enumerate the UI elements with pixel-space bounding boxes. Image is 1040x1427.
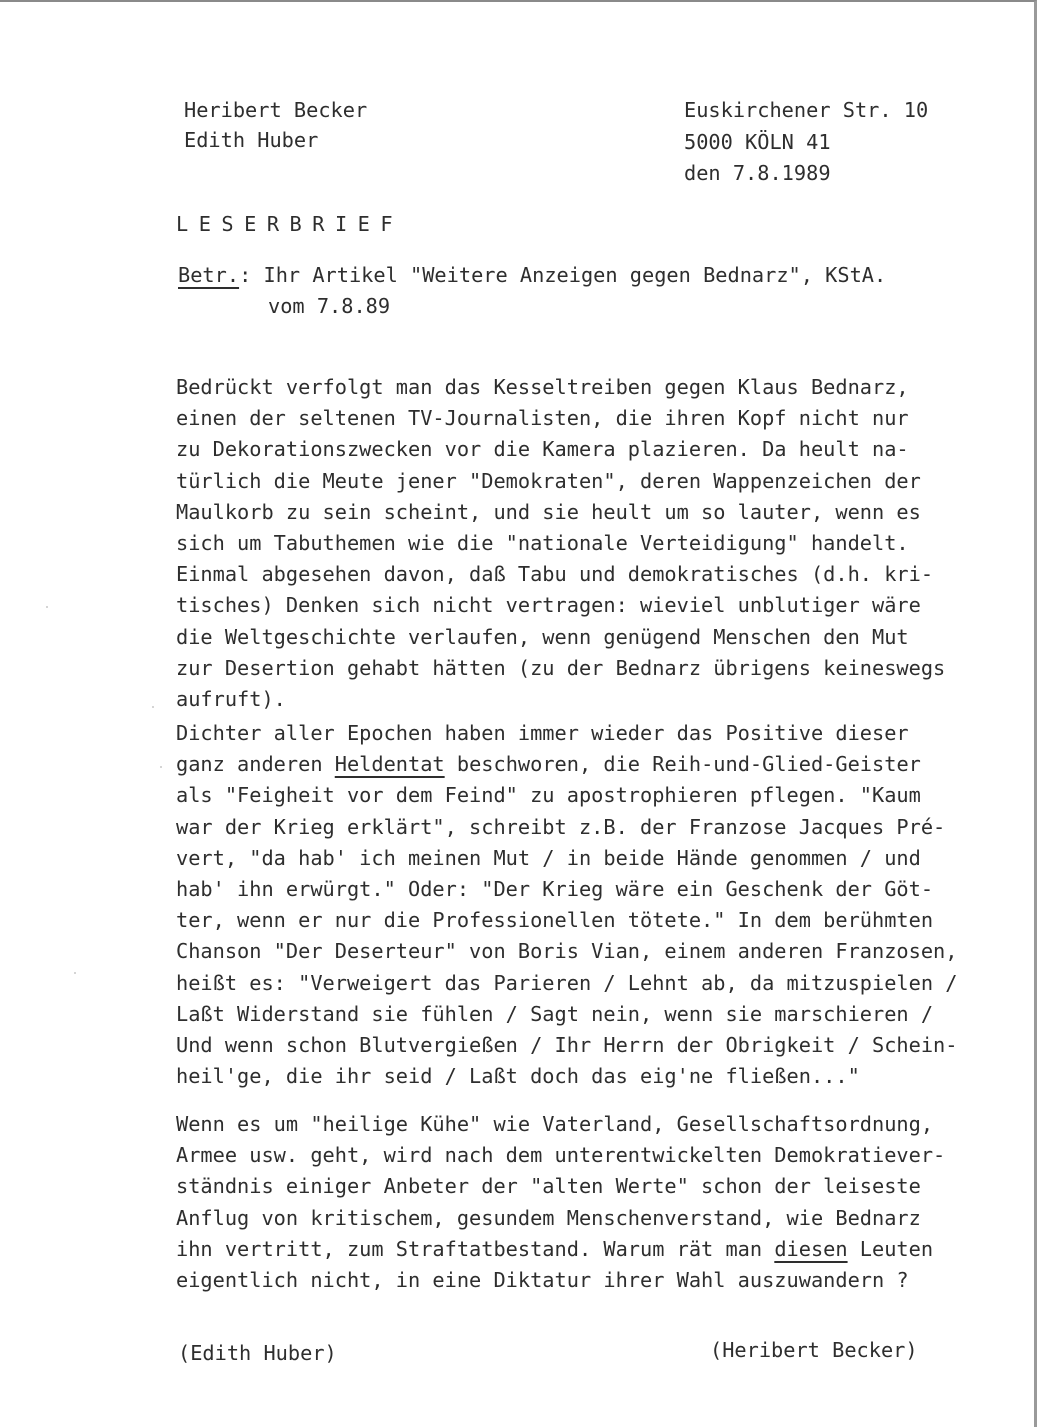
body-line: zu Dekorationszwecken vor die Kamera pla… xyxy=(176,439,909,459)
scan-speck xyxy=(74,972,76,974)
body-line: die Weltgeschichte verlaufen, wenn genüg… xyxy=(176,627,909,647)
letter-date: den 7.8.1989 xyxy=(684,163,831,183)
body-line: tisches) Denken sich nicht vertragen: wi… xyxy=(176,595,921,615)
text-segment: beschworen, die Reih-und-Glied-Geister xyxy=(445,752,921,776)
body-line: Und wenn schon Blutvergießen / Ihr Herrn… xyxy=(176,1035,957,1055)
body-line: ständnis einiger Anbeter der "alten Wert… xyxy=(176,1176,921,1196)
body-line: türlich die Meute jener "Demokraten", de… xyxy=(176,471,921,491)
subject-label: Betr. xyxy=(178,263,239,287)
body-line: sich um Tabuthemen wie die "nationale Ve… xyxy=(176,533,909,553)
body-line: Chanson "Der Deserteur" von Boris Vian, … xyxy=(176,941,957,961)
subject-text: Ihr Artikel "Weitere Anzeigen gegen Bedn… xyxy=(251,263,886,287)
body-line: aufruft). xyxy=(176,689,286,709)
sender-name-1: Heribert Becker xyxy=(184,100,367,120)
body-line: ihn vertritt, zum Straftatbestand. Warum… xyxy=(176,1239,933,1259)
body-line: heißt es: "Verweigert das Parieren / Leh… xyxy=(176,973,957,993)
subject-separator: : xyxy=(239,263,251,287)
body-line: Anflug von kritischem, gesundem Menschen… xyxy=(176,1208,921,1228)
scanned-letter-page: Heribert Becker Edith Huber Euskirchener… xyxy=(0,0,1037,1427)
text-segment: Leuten xyxy=(848,1237,933,1261)
body-line: heil'ge, die ihr seid / Laßt doch das ei… xyxy=(176,1066,860,1086)
body-line: einen der seltenen TV-Journalisten, die … xyxy=(176,408,909,428)
underlined-word: diesen xyxy=(774,1237,847,1261)
signature-left: (Edith Huber) xyxy=(178,1343,337,1363)
subject-line-1: Betr.: Ihr Artikel "Weitere Anzeigen geg… xyxy=(178,265,886,285)
address-street: Euskirchener Str. 10 xyxy=(684,100,928,120)
address-city: 5000 KÖLN 41 xyxy=(684,132,831,152)
text-segment: ganz anderen xyxy=(176,752,335,776)
body-line: Dichter aller Epochen haben immer wieder… xyxy=(176,723,909,743)
letter-heading: LESERBRIEF xyxy=(176,214,403,234)
body-line: vert, "da hab' ich meinen Mut / in beide… xyxy=(176,848,921,868)
body-line: ganz anderen Heldentat beschworen, die R… xyxy=(176,754,921,774)
body-line: Wenn es um "heilige Kühe" wie Vaterland,… xyxy=(176,1114,933,1134)
subject-line-2: vom 7.8.89 xyxy=(268,296,390,316)
body-line: Maulkorb zu sein scheint, und sie heult … xyxy=(176,502,921,522)
body-line: Einmal abgesehen davon, daß Tabu und dem… xyxy=(176,564,933,584)
body-line: ter, wenn er nur die Professionellen töt… xyxy=(176,910,933,930)
body-line: zur Desertion gehabt hätten (zu der Bedn… xyxy=(176,658,945,678)
body-line: Armee usw. geht, wird nach dem unterentw… xyxy=(176,1145,945,1165)
text-segment: ihn vertritt, zum Straftatbestand. Warum… xyxy=(176,1237,774,1261)
body-line: Bedrückt verfolgt man das Kesseltreiben … xyxy=(176,377,909,397)
scan-speck xyxy=(152,706,154,708)
sender-name-2: Edith Huber xyxy=(184,130,318,150)
scan-speck xyxy=(46,606,48,608)
scan-speck xyxy=(160,766,162,768)
body-line: war der Krieg erklärt", schreibt z.B. de… xyxy=(176,817,945,837)
body-line: eigentlich nicht, in eine Diktatur ihrer… xyxy=(176,1270,909,1290)
body-line: als "Feigheit vor dem Feind" zu apostrop… xyxy=(176,785,921,805)
underlined-word: Heldentat xyxy=(335,752,445,776)
body-line: Laßt Widerstand sie fühlen / Sagt nein, … xyxy=(176,1004,933,1024)
signature-right: (Heribert Becker) xyxy=(710,1340,918,1360)
body-line: hab' ihn erwürgt." Oder: "Der Krieg wäre… xyxy=(176,879,933,899)
